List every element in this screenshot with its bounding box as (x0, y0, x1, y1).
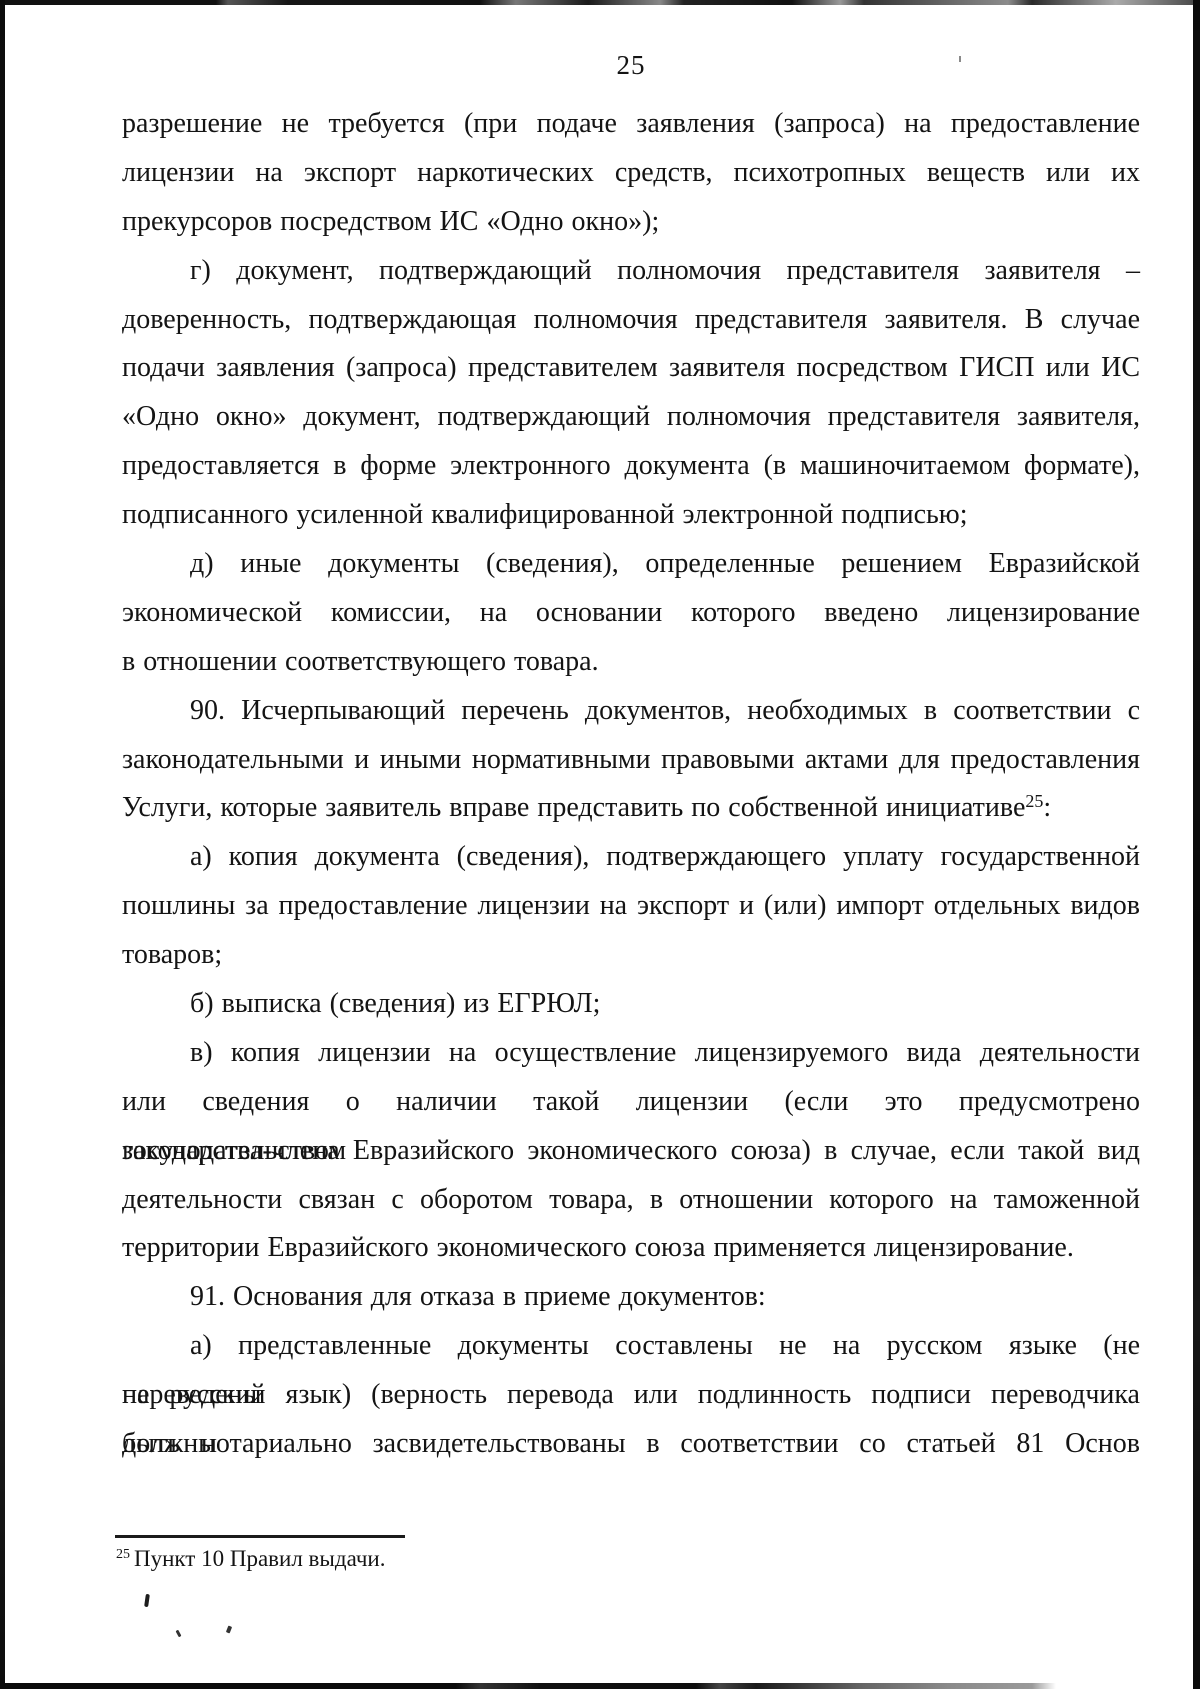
scan-edge-right (1193, 0, 1200, 1689)
text-line: подачи заявления (запроса) представителе… (122, 344, 1140, 393)
scan-speck (226, 1626, 232, 1634)
footnote-text: Пункт 10 Правил выдачи. (134, 1546, 385, 1571)
scan-edge-bottom (0, 1683, 1200, 1689)
page-number: 25 (122, 50, 1140, 81)
text-line: государства-члена Евразийского экономиче… (122, 1127, 1140, 1176)
text-line: д) иные документы (сведения), определенн… (122, 540, 1140, 589)
footnote: 25Пункт 10 Правил выдачи. (116, 1544, 816, 1574)
text-line: б) выписка (сведения) из ЕГРЮЛ; (122, 980, 1140, 1029)
text-line: в) копия лицензии на осуществление лицен… (122, 1029, 1140, 1078)
scan-speck (176, 1630, 182, 1638)
text-line: или сведения о наличии такой лицензии (е… (122, 1078, 1140, 1127)
footnote-separator (115, 1535, 405, 1538)
text-line: лицензии на экспорт наркотических средст… (122, 149, 1140, 198)
text-line: в отношении соответствующего товара. (122, 638, 1140, 687)
text-line: территории Евразийского экономического с… (122, 1224, 1140, 1273)
text-line: пошлины за предоставление лицензии на эк… (122, 882, 1140, 931)
text-line: подписанного усиленной квалифицированной… (122, 491, 1140, 540)
text-line: законодательными и иными нормативными пр… (122, 736, 1140, 785)
text-line: 91. Основания для отказа в приеме докуме… (122, 1273, 1140, 1322)
text-line: 90. Исчерпывающий перечень документов, н… (122, 687, 1140, 736)
text-line: доверенность, подтверждающая полномочия … (122, 296, 1140, 345)
text-line: «Одно окно» документ, подтверждающий пол… (122, 393, 1140, 442)
text-line: экономической комиссии, на основании кот… (122, 589, 1140, 638)
text-line: а) представленные документы составлены н… (122, 1322, 1140, 1371)
scan-speck (144, 1594, 150, 1607)
text-line: г) документ, подтверждающий полномочия п… (122, 247, 1140, 296)
text-line: предоставляется в форме электронного док… (122, 442, 1140, 491)
text-line: быть нотариально засвидетельствованы в с… (122, 1420, 1140, 1469)
text-span: : (1043, 792, 1051, 823)
footnote-reference: 25 (1025, 791, 1043, 811)
scan-speck (959, 56, 961, 62)
text-line: товаров; (122, 931, 1140, 980)
text-line: Услуги, которые заявитель вправе предста… (122, 784, 1140, 833)
scan-edge-left (0, 0, 5, 1689)
footnote-marker: 25 (116, 1547, 130, 1562)
text-line: прекурсоров посредством ИС «Одно окно»); (122, 198, 1140, 247)
text-line: на русский язык) (верность перевода или … (122, 1371, 1140, 1420)
scanned-document-page: 25 разрешение не требуется (при подаче з… (0, 0, 1200, 1689)
document-body: разрешение не требуется (при подаче заяв… (122, 100, 1140, 1469)
text-span: Услуги, которые заявитель вправе предста… (122, 792, 1025, 823)
text-line: деятельности связан с оборотом товара, в… (122, 1176, 1140, 1225)
text-line: разрешение не требуется (при подаче заяв… (122, 100, 1140, 149)
scan-edge-top (0, 0, 1200, 5)
text-line: а) копия документа (сведения), подтвержд… (122, 833, 1140, 882)
